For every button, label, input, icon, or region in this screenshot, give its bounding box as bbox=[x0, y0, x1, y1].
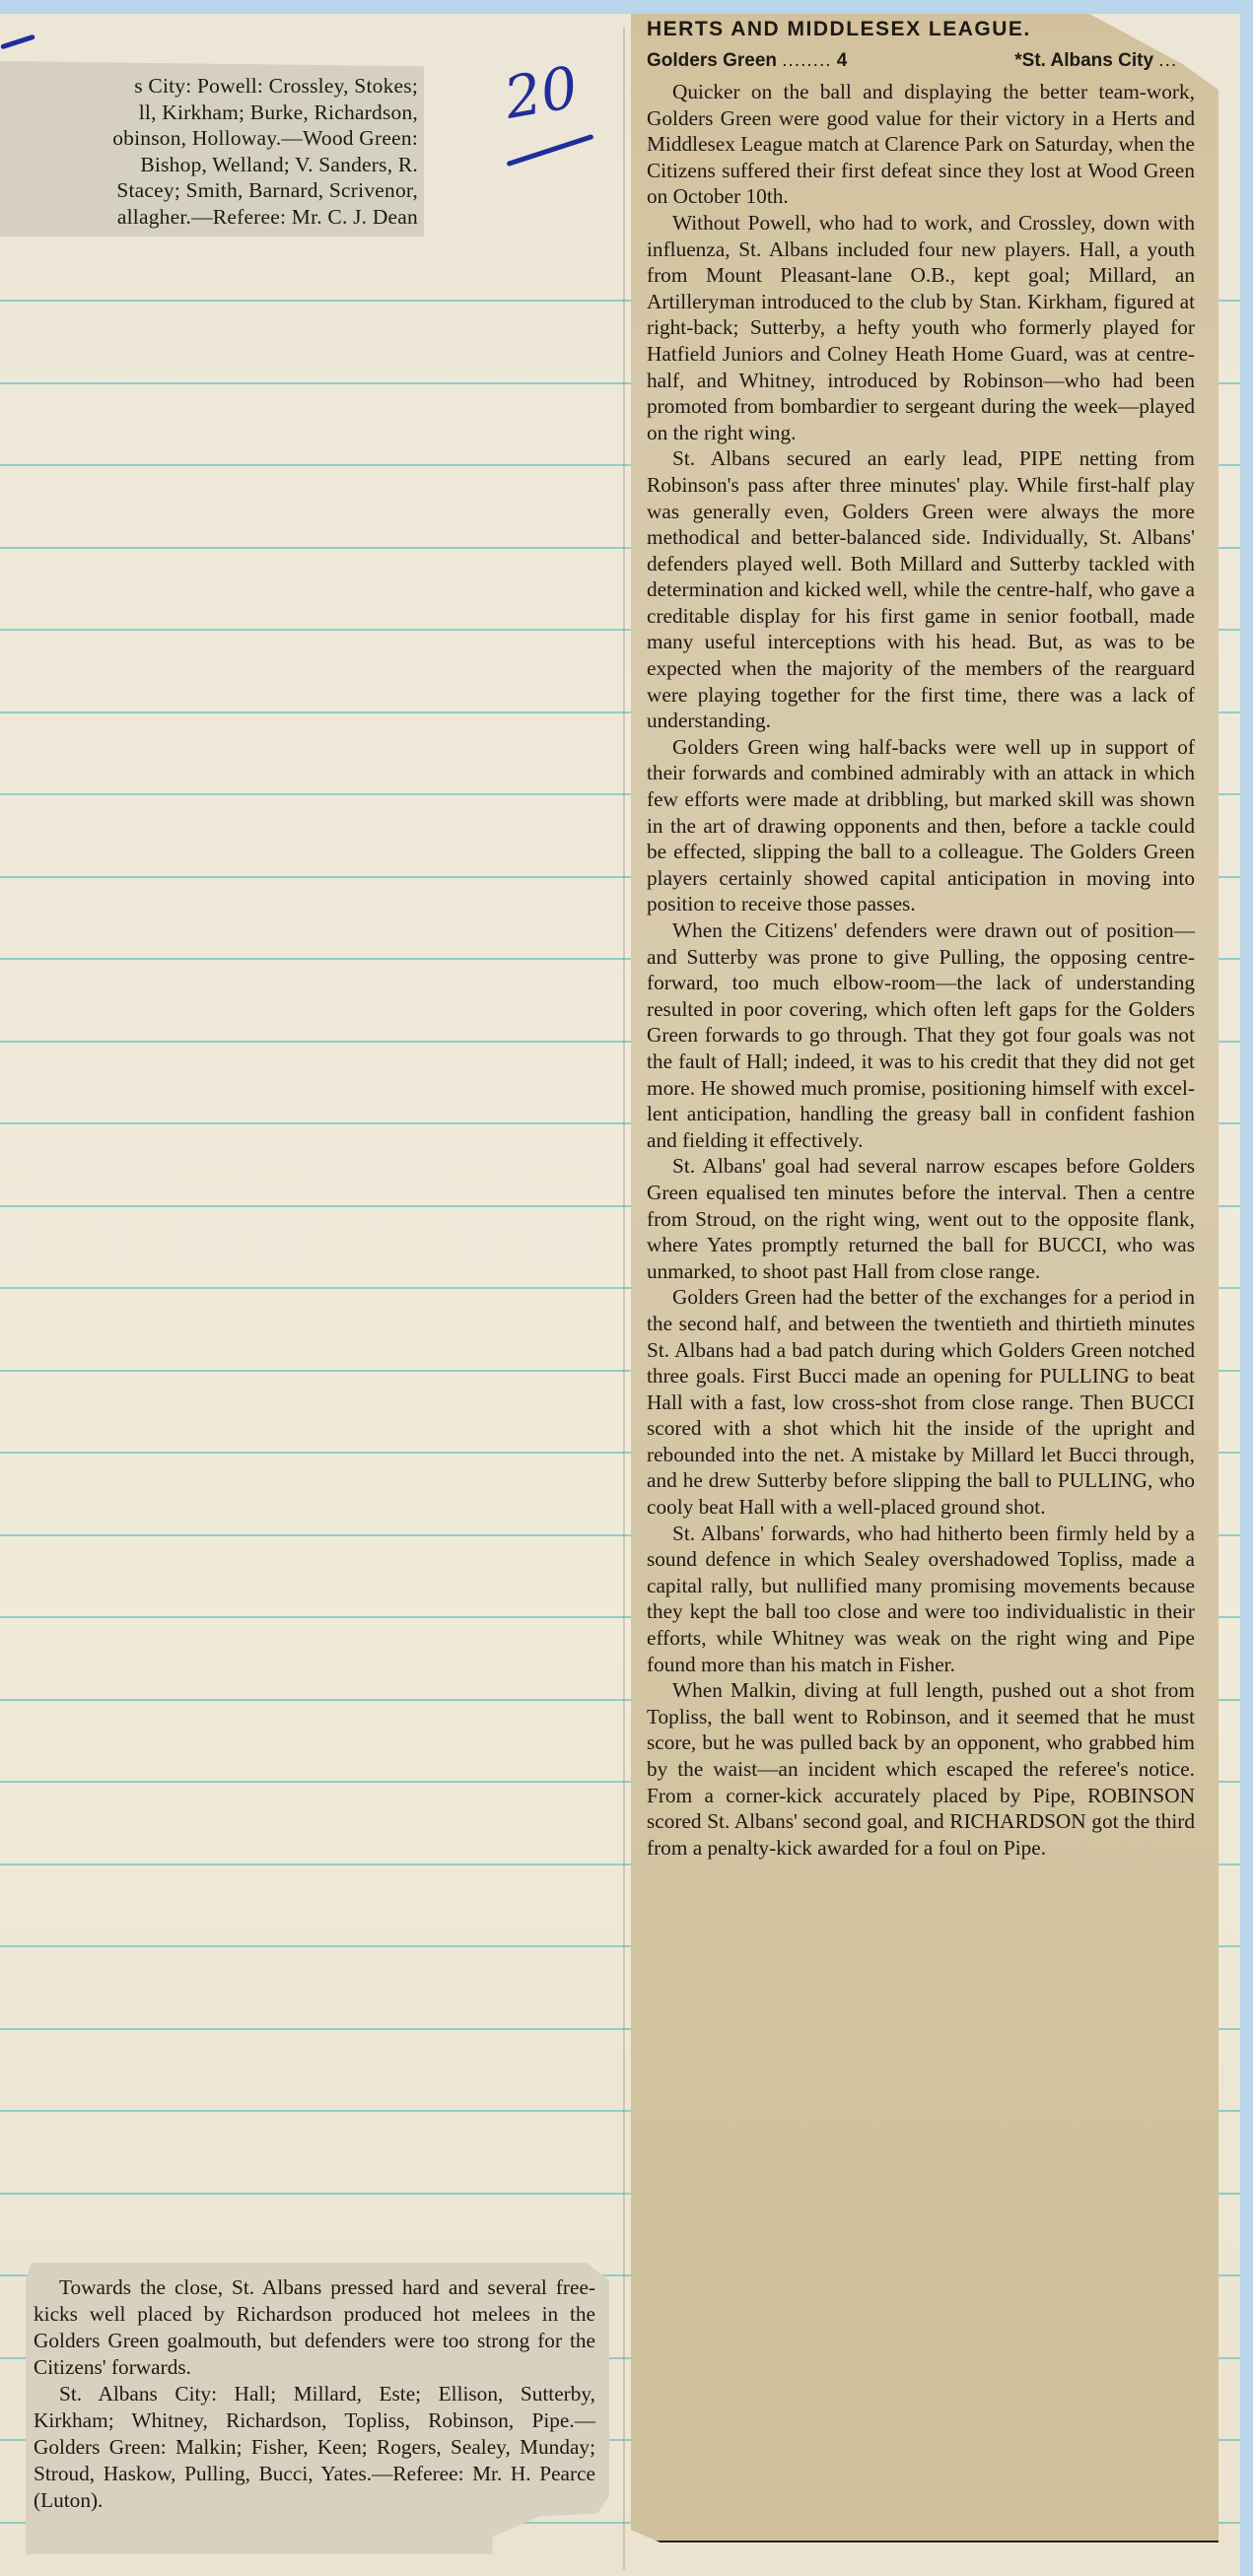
main-article-clipping: HERTS AND MIDDLESEX LEAGUE. Golders Gree… bbox=[631, 14, 1218, 2542]
article-paragraph: St. Albans' forwards, who had hitherto b… bbox=[647, 1521, 1203, 1678]
home-team: Golders Green bbox=[647, 50, 777, 71]
article-body: Quicker on the ball and displaying the b… bbox=[647, 79, 1203, 1861]
clipping-line: Bishop, Welland; V. Sanders, R. bbox=[0, 152, 418, 178]
leader-dots: ........ bbox=[782, 50, 831, 71]
home-score: 4 bbox=[837, 50, 848, 71]
clipping-line: allagher.—Referee: Mr. C. J. Dean bbox=[0, 204, 418, 231]
article-paragraph: Without Powell, who had to work, and Cro… bbox=[647, 210, 1203, 445]
article-paragraph: Golders Green had the better of the ex­c… bbox=[647, 1284, 1203, 1520]
home-side: Golders Green ........ 4 bbox=[647, 43, 847, 79]
article-paragraph: Quicker on the ball and displaying the b… bbox=[647, 79, 1203, 210]
clipping-line: ll, Kirkham; Burke, Richardson, bbox=[0, 100, 418, 126]
clipping-paragraph: Towards the close, St. Albans pressed ha… bbox=[34, 2274, 595, 2381]
article-paragraph: When the Citizens' defenders were drawn … bbox=[647, 917, 1203, 1153]
article-paragraph: St. Albans secured an early lead, PIPE n… bbox=[647, 445, 1203, 734]
away-team: *St. Albans City bbox=[1014, 50, 1153, 71]
handwritten-page-number: 20 bbox=[500, 53, 583, 132]
match-score: Golders Green ........ 4 *St. Albans Cit… bbox=[647, 43, 1203, 79]
clipping-line: obinson, Holloway.—Wood Green: bbox=[0, 125, 418, 152]
article-paragraph: St. Albans' goal had several narrow esca… bbox=[647, 1153, 1203, 1284]
top-clipping: s City: Powell: Crossley, Stokes; ll, Ki… bbox=[0, 61, 424, 237]
bottom-clipping: Towards the close, St. Albans pressed ha… bbox=[26, 2263, 609, 2554]
article-paragraph: Golders Green wing half-backs were well … bbox=[647, 734, 1203, 917]
team-lineups: St. Albans City: Hall; Millard, Este; El… bbox=[34, 2381, 595, 2514]
article-paragraph: When Malkin, diving at full length, push… bbox=[647, 1677, 1203, 1861]
page-fold bbox=[623, 28, 625, 2570]
clipping-line: s City: Powell: Crossley, Stokes; bbox=[0, 73, 418, 100]
clipping-line: Stacey; Smith, Barnard, Scrivenor, bbox=[0, 177, 418, 204]
